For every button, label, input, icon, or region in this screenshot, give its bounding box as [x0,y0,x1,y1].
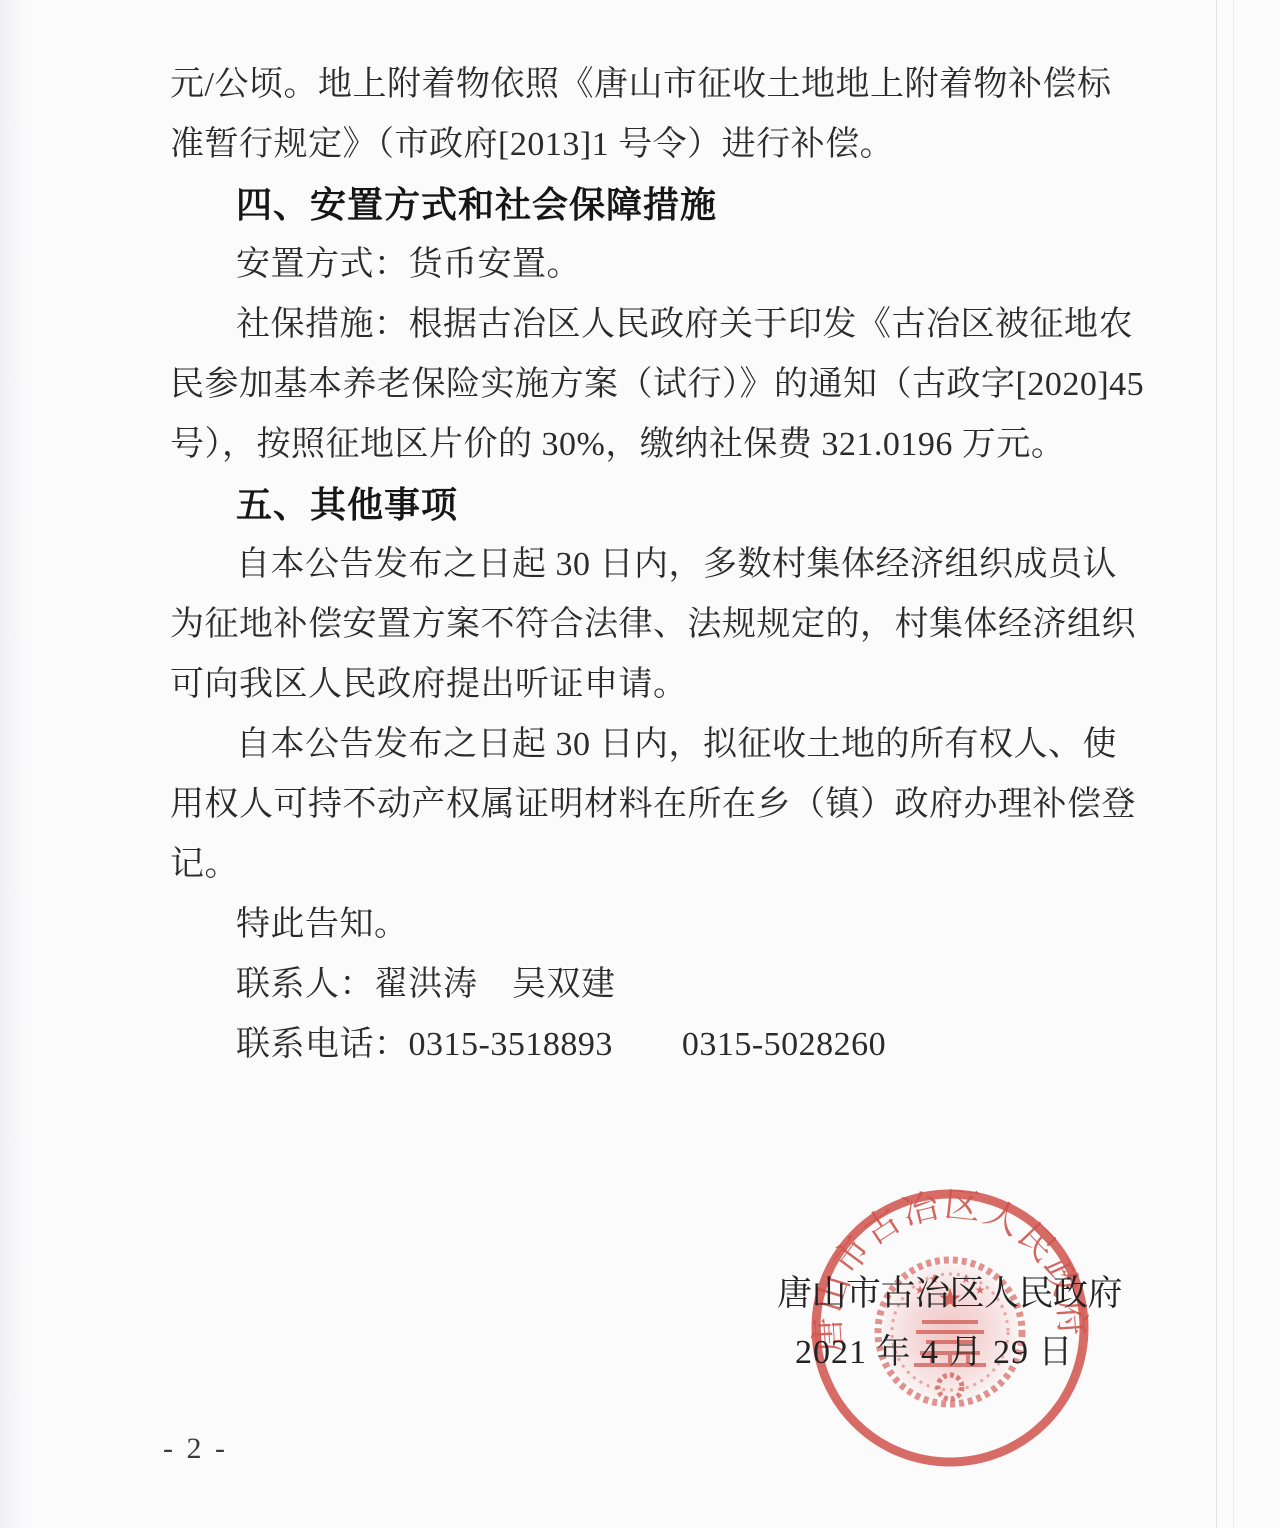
section-heading: 五、其他事项 [170,475,1150,535]
document-line: 自本公告发布之日起 30 日内，多数村集体经济组织成员认 [170,535,1150,595]
document-line: 用权人可持不动产权属证明材料在所在乡（镇）政府办理补偿登 [170,775,1150,835]
gear-icon [938,1375,962,1399]
document-line: 号），按照征地区片价的 30%，缴纳社保费 321.0196 万元。 [170,415,1150,475]
signature-org: 唐山市古冶区人民政府 [777,1266,1122,1316]
scan-edge-shadow [0,0,30,1528]
document-line: 记。 [170,835,1150,895]
document-line: 联系人：翟洪涛 吴双建 [170,955,1150,1015]
document-line: 民参加基本养老保险实施方案（试行）》的通知（古政字[2020]45 [170,355,1150,415]
document-line: 联系电话：0315-3518893 0315-5028260 [170,1015,1150,1075]
document-line: 社保措施：根据古冶区人民政府关于印发《古冶区被征地农 [170,295,1150,355]
section-heading: 四、安置方式和社会保障措施 [170,175,1150,235]
document-line: 自本公告发布之日起 30 日内，拟征收土地的所有权人、使 [170,715,1150,775]
document-line: 为征地补偿安置方案不符合法律、法规规定的，村集体经济组织 [170,595,1150,655]
signature-date: 2021 年 4 月 29 日 [795,1324,1074,1373]
document-line: 可向我区人民政府提出听证申请。 [170,655,1150,715]
scanned-document-page: 元/公顷。地上附着物依照《唐山市征收土地地上附着物补偿标准暂行规定》（市政府[2… [0,0,1280,1528]
scan-fold-line [1233,0,1234,1528]
document-line: 准暂行规定》（市政府[2013]1 号令）进行补偿。 [170,115,1150,175]
document-line: 特此告知。 [170,895,1150,955]
document-line: 安置方式：货币安置。 [170,235,1150,295]
scan-fold-line [1216,0,1217,1528]
document-line: 元/公顷。地上附着物依照《唐山市征收土地地上附着物补偿标 [170,55,1150,115]
text-column: 元/公顷。地上附着物依照《唐山市征收土地地上附着物补偿标准暂行规定》（市政府[2… [170,55,1150,1075]
page-number: - 2 - [163,1432,228,1466]
